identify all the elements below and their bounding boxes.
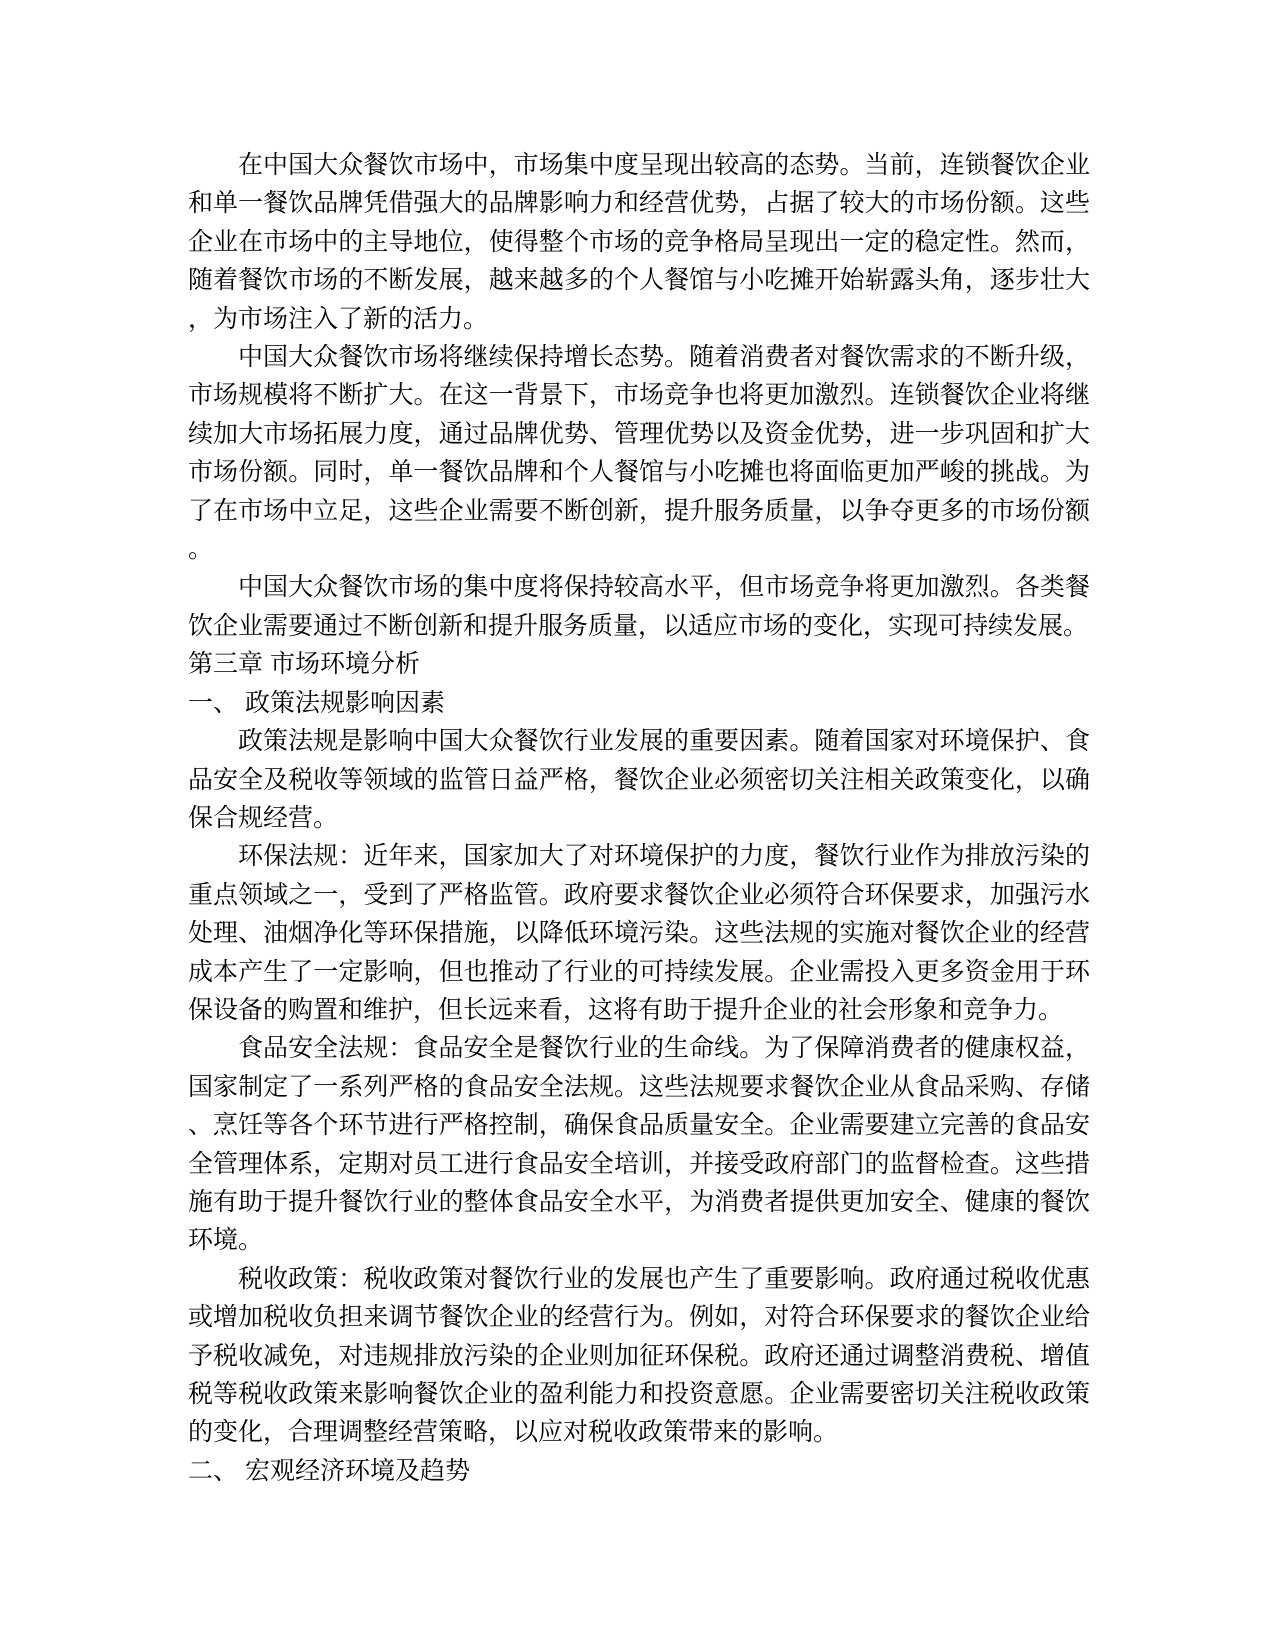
- section-heading-macro-economy: 二、 宏观经济环境及趋势: [188, 1452, 1090, 1490]
- paragraph-policy-intro: 政策法规是影响中国大众餐饮行业发展的重要因素。随着国家对环境保护、食品安全及税收…: [188, 722, 1090, 837]
- paragraph-market-growth-outlook: 中国大众餐饮市场将继续保持增长态势。随着消费者对餐饮需求的不断升级，市场规模将不…: [188, 338, 1090, 568]
- document-body: 在中国大众餐饮市场中，市场集中度呈现出较高的态势。当前，连锁餐饮企业和单一餐饮品…: [188, 146, 1090, 1490]
- paragraph-tax-policy: 税收政策：税收政策对餐饮行业的发展也产生了重要影响。政府通过税收优惠或增加税收负…: [188, 1260, 1090, 1452]
- section-heading-policy-regulations: 一、 政策法规影响因素: [188, 684, 1090, 722]
- paragraph-food-safety-regulations: 食品安全法规：食品安全是餐饮行业的生命线。为了保障消费者的健康权益，国家制定了一…: [188, 1029, 1090, 1259]
- document-page: 在中国大众餐饮市场中，市场集中度呈现出较高的态势。当前，连锁餐饮企业和单一餐饮品…: [0, 0, 1275, 1650]
- paragraph-market-concentration: 在中国大众餐饮市场中，市场集中度呈现出较高的态势。当前，连锁餐饮企业和单一餐饮品…: [188, 146, 1090, 338]
- chapter-heading-market-environment: 第三章 市场环境分析: [188, 645, 1090, 683]
- paragraph-environmental-regulations: 环保法规：近年来，国家加大了对环境保护的力度，餐饮行业作为排放污染的重点领域之一…: [188, 837, 1090, 1029]
- paragraph-market-summary: 中国大众餐饮市场的集中度将保持较高水平，但市场竞争将更加激烈。各类餐饮企业需要通…: [188, 568, 1090, 645]
